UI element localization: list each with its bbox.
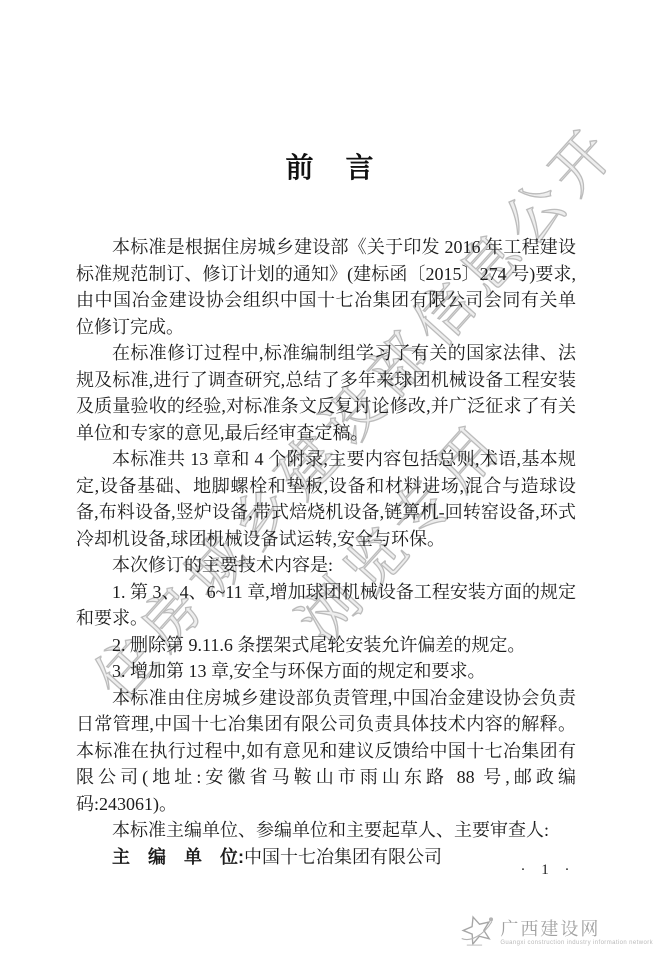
paragraph-administration: 本标准由住房城乡建设部负责管理,中国冶金建设协会负责日常管理,中国十七冶集团有限… [76, 685, 576, 818]
document-page: 住房城乡建设部信息公开 浏览专用 前 言 本标准是根据住房城乡建设部《关于印发 … [0, 0, 661, 958]
paragraph-revision-item-3: 3. 增加第 13 章,安全与环保方面的规定和要求。 [76, 658, 576, 685]
page-number: · 1 · [520, 862, 576, 879]
site-logo: 广西建设网 Guangxi construction industry info… [460, 911, 653, 954]
page-title: 前 言 [0, 146, 661, 186]
chief-editor-label: 主 编 单 位: [112, 847, 244, 867]
paragraph-credits-lead-in: 本标准主编单位、参编单位和主要起草人、主要审查人: [76, 817, 576, 844]
body-text: 本标准是根据住房城乡建设部《关于印发 2016 年工程建设标准规范制订、修订计划… [76, 234, 576, 870]
chief-editor-line: 主 编 单 位:中国十七冶集团有限公司 [76, 844, 576, 871]
paragraph-revision-item-2: 2. 删除第 9.11.6 条摆架式尾轮安装允许偏差的规定。 [76, 632, 576, 659]
logo-text-block: 广西建设网 Guangxi construction industry info… [500, 919, 653, 947]
paragraph-revision-item-1: 1. 第 3、4、6~11 章,增加球团机械设备工程安装方面的规定和要求。 [76, 579, 576, 632]
logo-site-name: 广西建设网 [500, 919, 600, 939]
paragraph-revision-lead-in: 本次修订的主要技术内容是: [76, 552, 576, 579]
paragraph-intro: 本标准是根据住房城乡建设部《关于印发 2016 年工程建设标准规范制订、修订计划… [76, 234, 576, 340]
paragraph-contents-overview: 本标准共 13 章和 4 个附录,主要内容包括总则,术语,基本规定,设备基础、地… [76, 446, 576, 552]
star-swoosh-icon [460, 911, 494, 954]
chief-editor-value: 中国十七冶集团有限公司 [244, 847, 442, 867]
logo-tagline: Guangxi construction industry informatio… [500, 940, 653, 947]
paragraph-revision-process: 在标准修订过程中,标准编制组学习了有关的国家法律、法规及标准,进行了调查研究,总… [76, 340, 576, 446]
